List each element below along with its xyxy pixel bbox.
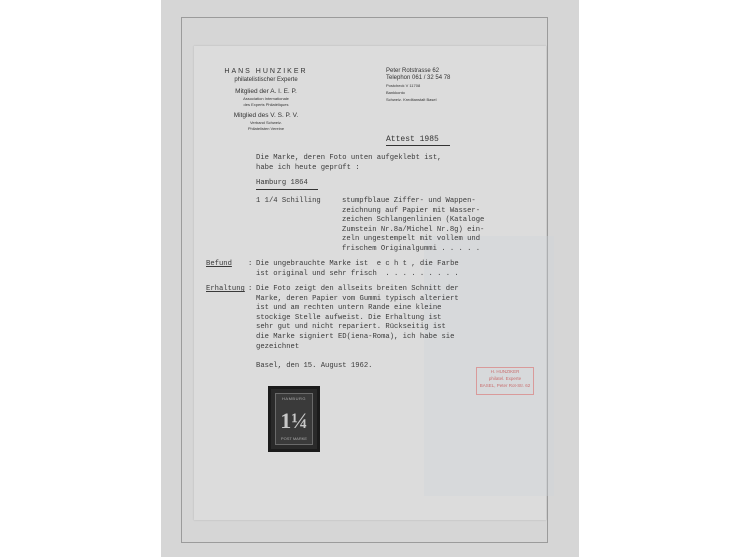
erhaltung-line: die Marke signiert ED(iena-Roma), ich ha…: [256, 333, 459, 343]
colon: :: [248, 285, 252, 295]
stamp-photo: HAMBURG 1¼ POST MARKE: [268, 386, 320, 452]
letterhead-left: HANS HUNZIKER philatelistischer Experte …: [206, 68, 326, 131]
handstamp-title: philatel. Experte: [477, 375, 533, 382]
stamp-design: HAMBURG 1¼ POST MARKE: [275, 393, 313, 445]
erhaltung-line: ist und am rechten untern Rande eine kle…: [256, 304, 459, 314]
bank-label: Bankkonto: [386, 90, 450, 95]
letterhead-right: Peter Rotstrasse 62 Telephon 061 / 32 54…: [386, 68, 450, 102]
erhaltung-line: stockige Stelle aufweist. Die Erhaltung …: [256, 314, 459, 324]
stamp-inscription-top: HAMBURG: [276, 396, 312, 401]
intro-line: Die Marke, deren Foto unten aufgeklebt i…: [256, 154, 441, 164]
bank: Schweiz. Kreditanstalt Basel: [386, 97, 450, 102]
membership-aiep-desc: Association Internationale: [206, 96, 326, 101]
erhaltung-line: Marke, deren Papier vom Gummi typisch al…: [256, 295, 459, 305]
befund-line: Die ungebrauchte Marke ist e c h t , die…: [256, 260, 459, 270]
erhaltung-line: sehr gut und nicht repariert. Rückseitig…: [256, 323, 459, 333]
intro-line: habe ich heute geprüft :: [256, 164, 360, 174]
description-line: stumpfblaue Ziffer- und Wappen-: [342, 197, 484, 207]
stamp-inscription-bottom: POST MARKE: [276, 436, 312, 441]
certificate-document: HANS HUNZIKER philatelistischer Experte …: [194, 46, 546, 520]
attest-number: Attest 1985: [386, 135, 450, 146]
handstamp-name: H. HUNZIKER: [477, 368, 533, 375]
postcheck: Postcheck V 11708: [386, 83, 450, 88]
stamp-denomination: 1¼: [276, 408, 312, 434]
expert-name: HANS HUNZIKER: [206, 68, 326, 75]
description-line: zeln ungestempelt mit vollem und: [342, 235, 484, 245]
description-line: zeichnung auf Papier mit Wasser-: [342, 207, 484, 217]
befund-line: ist original und sehr frisch . . . . . .…: [256, 270, 459, 280]
membership-vspv-desc: Verband Schweiz.: [206, 120, 326, 125]
description-line: frischem Originalgummi . . . . .: [342, 245, 484, 255]
handstamp-address: BASEL, Peter Rot-Str. 62: [477, 382, 533, 389]
membership-aiep-desc: des Experts Philatéliques: [206, 102, 326, 107]
befund-text: Die ungebrauchte Marke ist e c h t , die…: [256, 260, 459, 279]
erhaltung-text: Die Foto zeigt den allseits breiten Schn…: [256, 285, 459, 352]
telephone: Telephon 061 / 32 54 78: [386, 75, 450, 81]
place-date: Basel, den 15. August 1962.: [256, 362, 372, 372]
erhaltung-line: gezeichnet: [256, 343, 459, 353]
address: Peter Rotstrasse 62: [386, 68, 450, 74]
description-line: zeichen Schlangenlinien (Kataloge: [342, 216, 484, 226]
befund-label: Befund: [206, 260, 232, 270]
membership-aiep: Mitglied der A. I. E. P.: [206, 88, 326, 95]
album-page: HANS HUNZIKER philatelistischer Experte …: [161, 0, 579, 557]
erhaltung-line: Die Foto zeigt den allseits breiten Schn…: [256, 285, 459, 295]
membership-vspv-desc: Philatelisten Vereine: [206, 126, 326, 131]
expert-handstamp: H. HUNZIKER philatel. Experte BASEL, Pet…: [476, 367, 534, 395]
expert-title: philatelistischer Experte: [206, 77, 326, 83]
description-line: Zumstein Nr.8a/Michel Nr.8g) ein-: [342, 226, 484, 236]
description-block: stumpfblaue Ziffer- und Wappen-zeichnung…: [342, 197, 484, 255]
erhaltung-label: Erhaltung: [206, 285, 245, 295]
stamp-value: 1 1/4 Schilling: [256, 197, 321, 207]
issue-title: Hamburg 1864: [256, 179, 318, 190]
colon: :: [248, 260, 252, 270]
membership-vspv: Mitglied des V. S. P. V.: [206, 112, 326, 119]
